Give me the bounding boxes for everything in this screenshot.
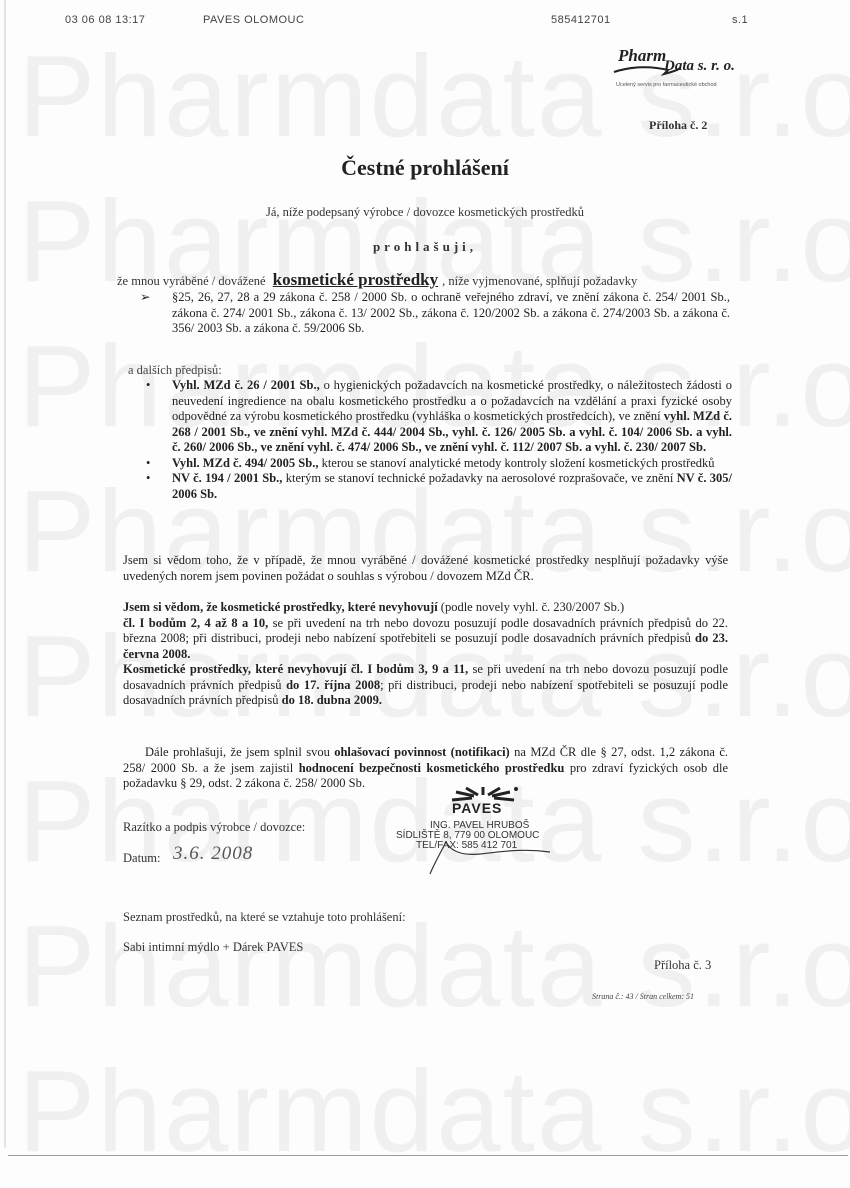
declaration-word: prohlašuji, bbox=[0, 239, 850, 255]
bullet-icon: • bbox=[146, 456, 150, 472]
regulation-bold-lead: NV č. 194 / 2001 Sb., bbox=[172, 471, 282, 485]
products-line-after: , níže vyjmenované, splňují požadavky bbox=[442, 274, 637, 288]
handwritten-date: 3.6. 2008 bbox=[173, 843, 253, 865]
law-reference-item: ➢ §25, 26, 27, 28 a 29 zákona č. 258 / 2… bbox=[140, 290, 730, 337]
bullet-icon: • bbox=[146, 378, 150, 394]
regulation-item: • Vyhl. MZd č. 26 / 2001 Sb., o hygienic… bbox=[146, 378, 732, 456]
regulation-item: • Vyhl. MZd č. 494/ 2005 Sb., kterou se … bbox=[146, 456, 732, 472]
notification-text: Dále prohlašuji, že jsem splnil svou bbox=[145, 745, 334, 759]
regulation-item: • NV č. 194 / 2001 Sb., kterým se stanov… bbox=[146, 471, 732, 502]
transition-bold: čl. I bodům 2, 4 až 8 a 10, bbox=[123, 616, 268, 630]
fax-number: 585412701 bbox=[551, 14, 611, 26]
transition-bold: Jsem si vědom, že kosmetické prostředky,… bbox=[123, 600, 438, 614]
intro-line: Já, níže podepsaný výrobce / dovozce kos… bbox=[0, 205, 850, 220]
regulation-text: kterou se stanoví analytické metody kont… bbox=[318, 456, 714, 470]
notification-paragraph: Dále prohlašuji, že jsem splnil svou ohl… bbox=[123, 745, 728, 792]
regulations-list: • Vyhl. MZd č. 26 / 2001 Sb., o hygienic… bbox=[146, 378, 732, 502]
awareness-paragraph: Jsem si vědom toho, že v případě, že mno… bbox=[123, 553, 728, 584]
products-line-before: že mnou vyráběné / dovážené bbox=[117, 274, 266, 288]
transition-bold: do 18. dubna 2009. bbox=[282, 693, 382, 707]
company-stamp: PAVES ING. PAVEL HRUBOŠ SÍDLIŠTĚ 8, 779 … bbox=[400, 786, 600, 886]
pharmdata-logo: Pharm Data s. r. o. Ucelený servis pro f… bbox=[612, 44, 772, 94]
product-list-item: Sabi intimní mýdlo + Dárek PAVES bbox=[123, 940, 303, 955]
bullet-icon: • bbox=[146, 471, 150, 487]
regulation-bold-lead: Vyhl. MZd č. 494/ 2005 Sb., bbox=[172, 456, 318, 470]
transition-bold: do 17. října 2008 bbox=[286, 678, 380, 692]
annex-label-bottom: Příloha č. 3 bbox=[654, 958, 711, 973]
logo-line2: Data s. r. o. bbox=[664, 58, 735, 75]
regulation-text: kterým se stanoví technické požadavky na… bbox=[282, 471, 676, 485]
product-list-label: Seznam prostředků, na které se vztahuje … bbox=[123, 910, 406, 925]
document-title: Čestné prohlášení bbox=[0, 155, 850, 181]
transition-text: (podle novely vyhl. č. 230/2007 Sb.) bbox=[438, 600, 624, 614]
fax-date-time: 03 06 08 13:17 bbox=[65, 14, 145, 26]
other-regulations-label: a dalších předpisů: bbox=[128, 363, 222, 378]
page-count: Strana č.: 43 / Stran celkem: 51 bbox=[592, 992, 694, 1001]
handwritten-signature-icon bbox=[420, 836, 560, 876]
stamp-brand: PAVES bbox=[452, 800, 502, 816]
products-highlight: kosmetické prostředky bbox=[273, 270, 438, 289]
fax-header: 03 06 08 13:17 PAVES OLOMOUC 585412701 s… bbox=[0, 14, 850, 30]
stamp-signature-label: Razítko a podpis výrobce / dovozce: bbox=[123, 820, 305, 835]
annex-label-top: Příloha č. 2 bbox=[649, 118, 707, 133]
document-page: Pharmdata s.r.o. Pharmdata s.r.o. Pharmd… bbox=[0, 0, 850, 1188]
arrow-bullet-icon: ➢ bbox=[140, 290, 150, 306]
document-content: 03 06 08 13:17 PAVES OLOMOUC 585412701 s… bbox=[0, 0, 850, 1188]
law-reference-text: §25, 26, 27, 28 a 29 zákona č. 258 / 200… bbox=[172, 290, 730, 337]
products-line: že mnou vyráběné / dovážené kosmetické p… bbox=[117, 270, 637, 290]
transition-paragraph: Jsem si vědom, že kosmetické prostředky,… bbox=[123, 600, 728, 709]
notification-bold: ohlašovací povinnost (notifikaci) bbox=[334, 745, 510, 759]
transition-bold: Kosmetické prostředky, které nevyhovují … bbox=[123, 662, 468, 676]
logo-tagline: Ucelený servis pro farmaceutické obchod bbox=[616, 82, 717, 88]
date-label: Datum: bbox=[123, 851, 161, 866]
fax-page: s.1 bbox=[732, 14, 748, 26]
notification-bold: hodnocení bezpečnosti kosmetického prost… bbox=[299, 761, 565, 775]
regulation-bold-lead: Vyhl. MZd č. 26 / 2001 Sb., bbox=[172, 378, 320, 392]
fax-sender: PAVES OLOMOUC bbox=[203, 14, 304, 26]
